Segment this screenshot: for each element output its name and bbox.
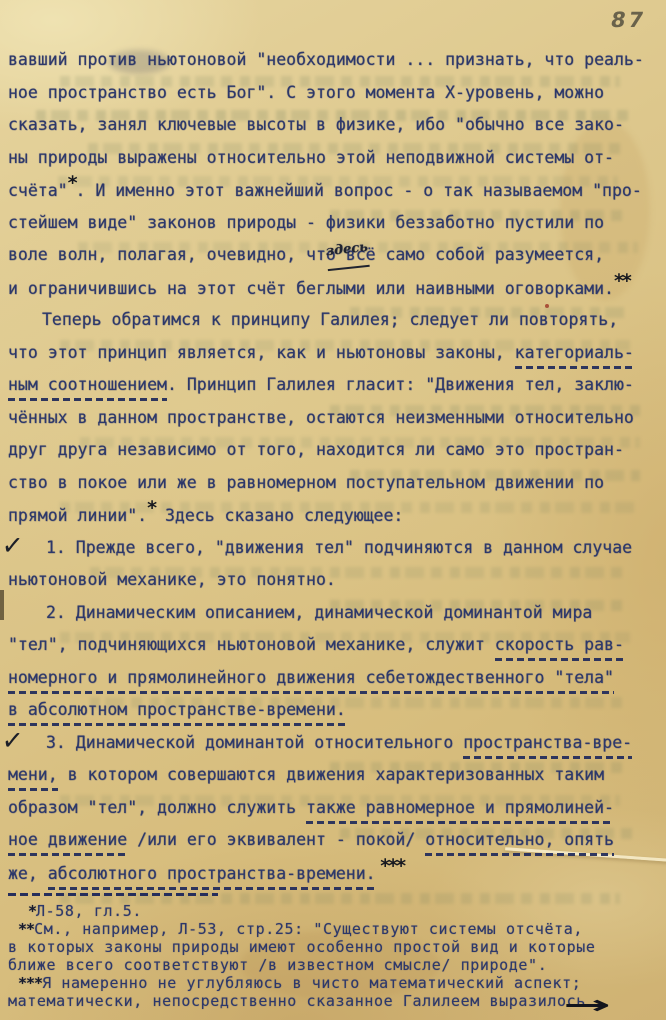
text-line: ✓1. Прежде всего, "движения тел" подчиня… (8, 532, 660, 565)
text-line: счёта"*. И именно этот важнейший вопрос … (8, 174, 660, 207)
text-line: Теперь обратимся к принципу Галилея; сле… (8, 304, 660, 337)
text-line: сказать, занял ключевые высоты в физике,… (8, 109, 660, 142)
text-line: номерного и прямолинейного движения себе… (8, 662, 660, 695)
scan-edge-mark (0, 590, 4, 620)
text-line: друг друга независимо от того, находится… (8, 434, 660, 467)
text-content: вавший против ньютоновой "необходимости … (8, 44, 660, 1010)
text-line: вавший против ньютоновой "необходимости … (8, 44, 660, 77)
text-line: воле волн, полагая, очевидно, чтоздесь в… (8, 239, 660, 272)
footnote-asterisk: ** (18, 920, 34, 938)
text-line: прямой линии".* Здесь сказано следующее: (8, 499, 660, 532)
handwritten-insertion: здесь (324, 232, 369, 271)
asterisk-mark: * (68, 172, 76, 194)
footnote-separator (8, 893, 218, 896)
text-line: ньютоновой механике, это понятно. (8, 564, 660, 597)
handwritten-checkmark-icon: ✓ (0, 722, 25, 760)
asterisk-mark: * (147, 497, 155, 519)
text-line: образом "тел", должно служить также равн… (8, 792, 660, 825)
text-line: **См., например, Л-53, стр.25: "Существу… (8, 920, 660, 938)
text-line: ным соотношением. Принцип Галилея гласит… (8, 369, 660, 402)
text-line: в которых законы природы имеют особенно … (8, 938, 660, 956)
text-line: что этот принцип является, как и ньютоно… (8, 337, 660, 370)
text-line: ближе всего соответствуют /в известном с… (8, 956, 660, 974)
text-line: мени, в котором совершаются движения хар… (8, 759, 660, 792)
text-line: ны природы выражены относительно этой не… (8, 142, 660, 175)
text-line: ное пространство есть Бог". С этого моме… (8, 77, 660, 110)
text-line: и ограничившись на этот счёт беглыми или… (8, 272, 660, 305)
text-line: в абсолютном пространстве-времени. (8, 694, 660, 727)
text-line: ✓3. Динамической доминантой относительно… (8, 727, 660, 760)
handwritten-checkmark-icon: ✓ (0, 527, 25, 565)
document-page: 87 вавший против ньютоновой "необходимос… (0, 0, 666, 1020)
text-line: ное движение /или его эквивалент - покой… (8, 824, 660, 857)
text-line: же, абсолютного пространства-времени. **… (8, 857, 660, 890)
asterisk-mark: ** (614, 270, 630, 292)
page-number: 87 (609, 8, 648, 32)
handwritten-arrow: → (483, 991, 666, 1020)
footnote-asterisk: *** (18, 974, 42, 992)
text-line: стейшем виде" законов природы - физики б… (8, 207, 660, 240)
text-line: "тел", подчиняющихся ньютоновой механике… (8, 629, 660, 662)
text-line: 2. Динамическим описанием, динамической … (8, 597, 660, 630)
footnote-asterisk: * (28, 902, 36, 920)
text-line: *Л-58, гл.5. (8, 902, 660, 920)
text-line: чённых в данном пространстве, остаются н… (8, 402, 660, 435)
text-line: ***Я намеренно не углубляюсь в чисто мат… (8, 974, 660, 992)
text-line: ство в покое или же в равномерном поступ… (8, 467, 660, 500)
asterisk-mark: *** (376, 855, 404, 877)
